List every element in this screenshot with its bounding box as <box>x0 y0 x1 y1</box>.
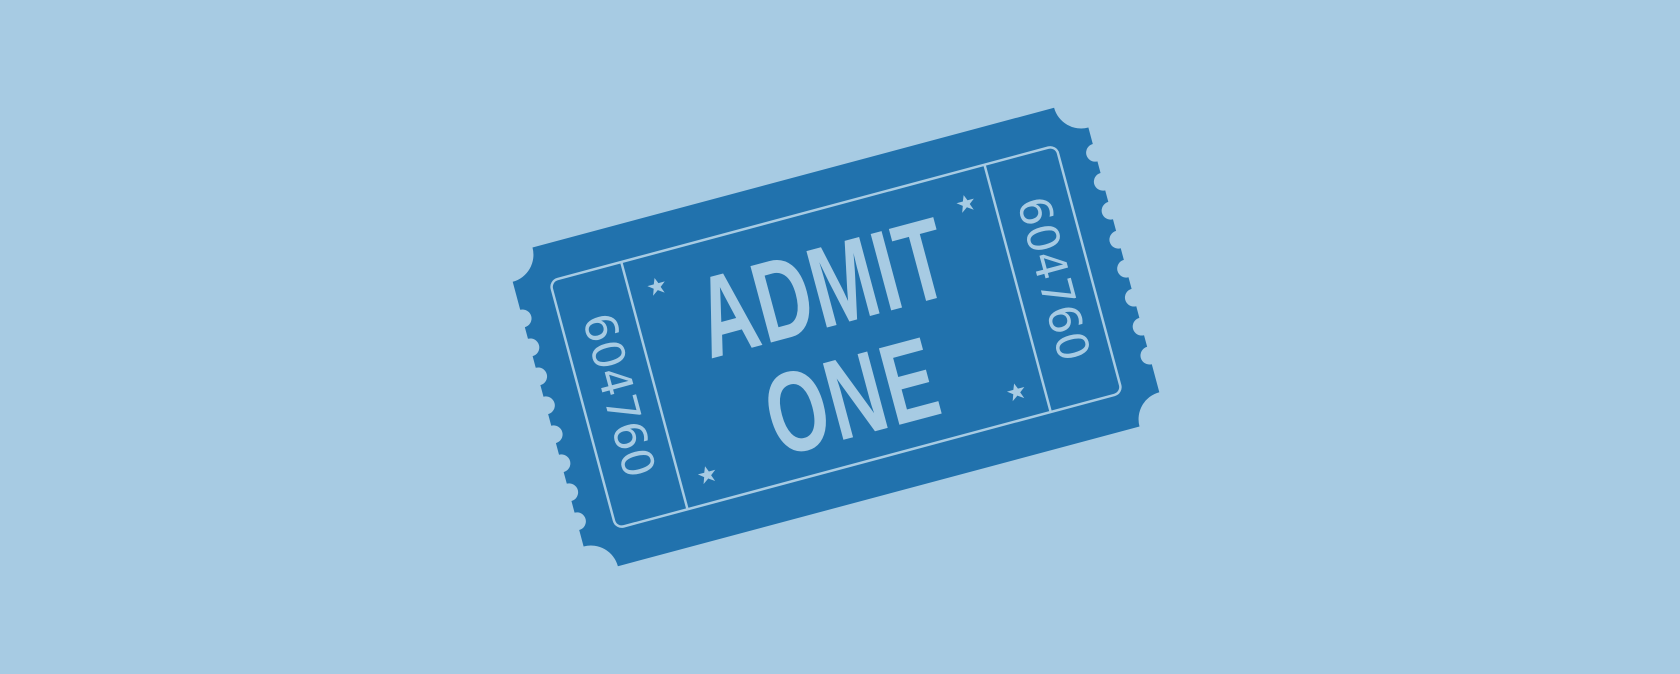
banner: ADMIT ONE 604760 604760 <box>0 0 1680 674</box>
admit-one-ticket: ADMIT ONE 604760 604760 <box>0 0 1680 674</box>
